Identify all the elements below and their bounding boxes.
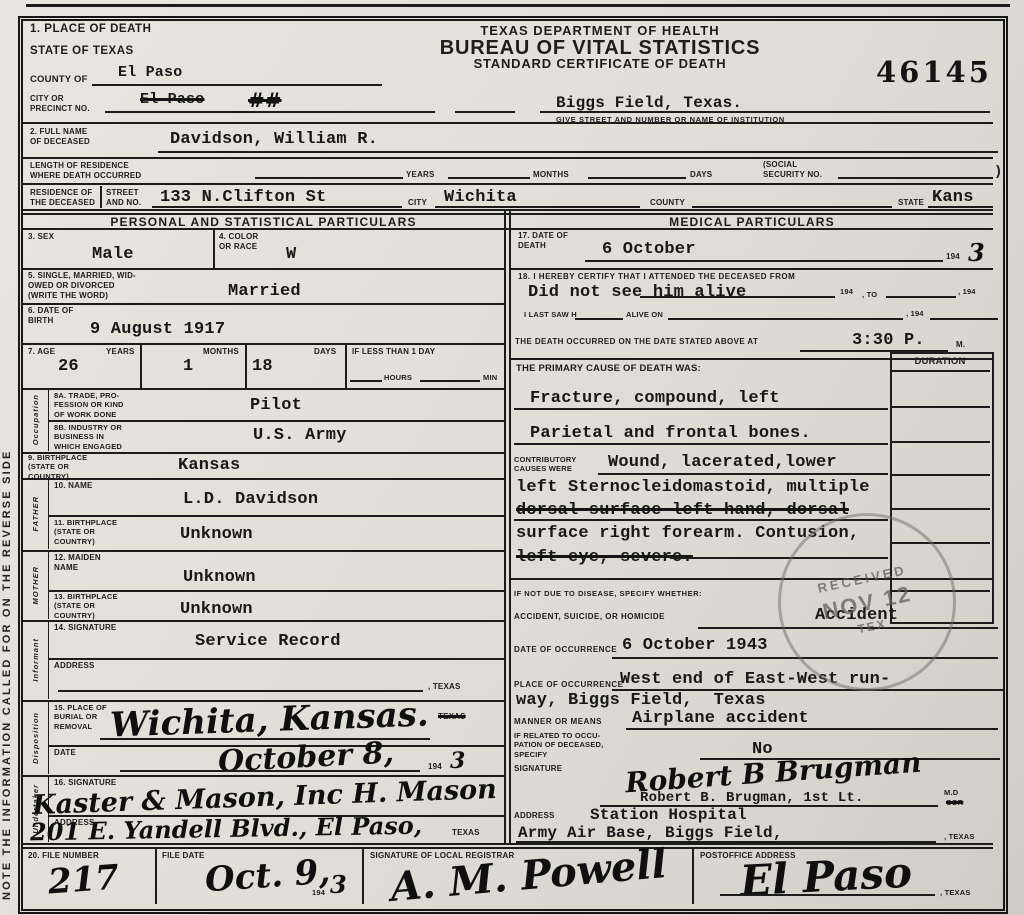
fill	[435, 206, 640, 208]
column-divider	[504, 211, 506, 843]
burial-date-label: DATE	[54, 748, 76, 758]
postoffice-value: El Paso	[739, 848, 913, 906]
occurrence-place-line1: West end of East-West run-	[620, 670, 890, 689]
ssn-label: (SOCIAL SECURITY NO.	[763, 160, 822, 180]
occurrence-date-value: 6 October 1943	[622, 636, 768, 655]
fill	[514, 519, 888, 521]
county-label: COUNTY OF	[30, 74, 88, 86]
occurrence-date-label: DATE OF OCCURRENCE	[514, 645, 617, 655]
side-label-father: FATHER	[31, 496, 40, 531]
birthplace-value: Kansas	[178, 456, 240, 475]
age-hours-label: HOURS	[384, 373, 412, 382]
rule	[23, 183, 993, 185]
trade-value: Pilot	[250, 396, 302, 415]
cell-divider	[140, 343, 142, 388]
rule	[23, 343, 504, 345]
certify-year2: , 194	[958, 287, 976, 296]
rule	[23, 478, 504, 480]
certify-year1: 194	[840, 287, 853, 296]
age-years-value: 26	[58, 357, 79, 376]
cell-divider	[213, 228, 215, 268]
burial-date-year-pre: 194	[428, 762, 442, 772]
fill	[698, 627, 998, 629]
rule	[48, 658, 504, 660]
cell-divider	[155, 847, 157, 904]
rule	[23, 268, 504, 270]
rule	[23, 388, 504, 390]
fill	[58, 690, 423, 692]
res-county-label: COUNTY	[650, 198, 685, 208]
res-city-value: Wichita	[444, 188, 517, 207]
industry-label: 8B. INDUSTRY OR BUSINESS IN WHICH ENGAGE…	[54, 423, 122, 451]
margin-note: NOTE THE INFORMATION CALLED FOR ON THE R…	[1, 120, 13, 900]
file-number-value: 217	[47, 858, 121, 903]
rule	[23, 452, 504, 454]
occurrence-place-line2: way, Biggs Field, Texas	[516, 691, 766, 710]
accident-suicide-label: ACCIDENT, SUICIDE, OR HOMICIDE	[514, 612, 665, 622]
informant-address-texas: , TEXAS	[428, 682, 461, 692]
mother-birthplace-value: Unknown	[180, 600, 253, 619]
fill	[575, 318, 623, 320]
physician-signature-label: SIGNATURE	[514, 764, 562, 774]
fill	[626, 728, 998, 730]
fill	[514, 408, 888, 410]
fill	[448, 177, 530, 179]
alive-on-label: ALIVE ON	[626, 310, 663, 319]
father-birthplace-value: Unknown	[180, 525, 253, 544]
rule	[23, 303, 504, 305]
county-fill-line	[92, 84, 382, 86]
physician-address-label: ADDRESS	[514, 811, 555, 821]
sex-value: Male	[92, 245, 134, 264]
res-city-label: CITY	[408, 198, 427, 208]
fill	[588, 177, 686, 179]
death-time-label: THE DEATH OCCURRED ON THE DATE STATED AB…	[515, 337, 758, 347]
maiden-name-value: Unknown	[183, 568, 256, 587]
side-label-mother: MOTHER	[31, 566, 40, 605]
cause-line2: Parietal and frontal bones.	[530, 424, 811, 443]
rule	[890, 441, 990, 443]
death-year-value: 3	[968, 238, 985, 267]
cell-divider	[245, 343, 247, 388]
fill	[120, 770, 420, 772]
fill	[255, 177, 403, 179]
age-months-value: 1	[183, 357, 193, 376]
days-label: DAYS	[690, 170, 712, 180]
certify-statement: 18. I HEREBY CERTIFY THAT I ATTENDED THE…	[518, 272, 795, 282]
months-label: MONTHS	[533, 170, 569, 180]
res-state-value: Kans	[932, 188, 974, 207]
fill	[612, 657, 998, 659]
cell-divider	[692, 847, 694, 904]
age-days-label: DAYS	[314, 347, 336, 357]
accident-value: Accident	[815, 606, 898, 625]
death-date-value: 6 October	[602, 240, 696, 259]
county-value: El Paso	[118, 64, 182, 81]
duration-box	[890, 352, 994, 624]
primary-cause-label: THE PRIMARY CAUSE OF DEATH WAS:	[516, 363, 701, 375]
top-edge-rule	[26, 4, 1010, 7]
occurrence-place-label: PLACE OF OCCURRENCE	[514, 680, 624, 690]
personal-section-title: PERSONAL AND STATISTICAL PARTICULARS	[23, 215, 504, 230]
cert-title: STANDARD CERTIFICATE OF DEATH	[360, 56, 840, 72]
manner-label: MANNER OR MEANS	[514, 717, 602, 727]
rule	[890, 542, 990, 544]
trade-label: 8A. TRADE, PRO- FESSION OR KIND OF WORK …	[54, 391, 124, 419]
informant-signature-value: Service Record	[195, 632, 341, 651]
contributory-line3-struck: dorsal surface left hand, dorsal	[516, 501, 849, 520]
full-name-fill-line	[158, 151, 998, 153]
medical-section-title: MEDICAL PARTICULARS	[511, 215, 993, 230]
rule	[511, 268, 993, 270]
physician-address-line1: Station Hospital	[590, 806, 747, 824]
rule	[23, 209, 993, 211]
fill	[886, 296, 956, 298]
fill	[928, 206, 993, 208]
death-time-value: 3:30 P.	[852, 331, 925, 350]
residence-length-label: LENGTH OF RESIDENCE WHERE DEATH OCCURRED	[30, 161, 141, 181]
institution-hint: GIVE STREET AND NUMBER OR NAME OF INSTIT…	[556, 115, 785, 124]
age-days-value: 18	[252, 357, 273, 376]
rule	[890, 474, 990, 476]
rule	[23, 847, 993, 849]
informant-address-label: ADDRESS	[54, 661, 95, 671]
md-label: M.D	[944, 788, 958, 797]
fill	[514, 443, 888, 445]
contributory-line5-struck: left eye, severe.	[516, 548, 693, 567]
physician-address-texas: , TEXAS	[944, 832, 975, 841]
side-label-informant: Informant	[31, 638, 40, 682]
city-precinct-label: CITY OR PRECINCT NO.	[30, 94, 90, 114]
cell-divider	[345, 343, 347, 388]
side-strip-informant: Informant	[23, 621, 49, 699]
last-saw-year: , 194	[906, 309, 924, 318]
age-months-label: MONTHS	[203, 347, 239, 357]
fill	[930, 318, 998, 320]
fill	[585, 260, 943, 262]
mini-divider	[100, 186, 102, 208]
burial-texas-struck: TEXAS	[438, 712, 466, 722]
not-seen-value: Did not see him alive	[528, 283, 746, 302]
contributory-line4: surface right forearm. Contusion,	[516, 524, 859, 543]
contributory-line2: left Sternocleidomastoid, multiple	[516, 478, 870, 497]
column-divider	[509, 211, 511, 843]
fill	[800, 350, 948, 352]
years-label: YEARS	[406, 170, 435, 180]
state-of-texas-label: STATE OF TEXAS	[30, 44, 134, 58]
last-saw-label: I LAST SAW H	[524, 310, 577, 319]
burial-label: 15. PLACE OF BURIAL OR REMOVAL	[54, 703, 107, 731]
informant-signature-label: 14. SIGNATURE	[54, 623, 116, 633]
ssn-close-paren: )	[996, 162, 1001, 180]
duration-label: DURATION	[890, 356, 990, 368]
city-precinct-value-struck-2: ##	[248, 88, 282, 112]
birth-date-value: 9 August 1917	[90, 320, 225, 339]
place-of-death-label: 1. PLACE OF DEATH	[30, 22, 151, 36]
city-fill-line	[105, 111, 435, 113]
side-label-occupation: Occupation	[31, 394, 40, 445]
street-value: 133 N.Clifton St	[160, 188, 326, 207]
full-name-value: Davidson, William R.	[170, 130, 378, 149]
file-date-label: FILE DATE	[162, 851, 205, 861]
city-fill-line-2	[455, 111, 515, 113]
fill	[598, 473, 888, 475]
institution-value: Biggs Field, Texas.	[556, 94, 742, 112]
file-date-year-pre: 194	[312, 888, 325, 897]
race-value: W	[286, 245, 296, 264]
file-date-year: 3	[330, 870, 347, 899]
cor-label: COR	[946, 798, 963, 807]
birthplace-label: 9. BIRTHPLACE (STATE OR COUNTRY)	[28, 453, 87, 481]
residence-of-label: RESIDENCE OF THE DECEASED	[30, 188, 95, 208]
fill	[838, 177, 993, 179]
side-strip-occupation: Occupation	[23, 389, 49, 451]
res-state-label: STATE	[898, 198, 924, 208]
mother-birthplace-label: 13. BIRTHPLACE (STATE OR COUNTRY)	[54, 592, 118, 620]
rule	[23, 122, 993, 124]
rule	[890, 508, 990, 510]
fill	[516, 841, 936, 843]
occupation-related-label: IF RELATED TO OCCU- PATION OF DECEASED, …	[514, 731, 603, 759]
age-less-than-day-label: IF LESS THAN 1 DAY	[352, 347, 435, 357]
birth-date-label: 6. DATE OF BIRTH	[28, 306, 73, 326]
race-label: 4. COLOR OR RACE	[219, 232, 258, 252]
physician-typed-name: Robert B. Brugman, 1st Lt.	[640, 790, 864, 806]
death-time-m-label: M.	[956, 340, 965, 350]
maiden-name-label: 12. MAIDEN NAME	[54, 553, 101, 573]
fill	[420, 380, 480, 382]
side-strip-father: FATHER	[23, 479, 49, 549]
rule	[890, 590, 990, 592]
contributory-line1: Wound, lacerated,lower	[608, 453, 837, 472]
rule	[23, 550, 504, 552]
death-date-label: 17. DATE OF DEATH	[518, 231, 568, 251]
city-precinct-value-struck: El Paso	[140, 91, 204, 108]
cell-divider	[362, 847, 364, 904]
side-strip-disposition: Disposition	[23, 702, 49, 774]
fill	[350, 380, 382, 382]
fill	[152, 206, 402, 208]
death-year-pre: 194	[946, 252, 960, 262]
rule	[890, 406, 990, 408]
marital-value: Married	[228, 282, 301, 301]
postoffice-texas: , TEXAS	[940, 888, 971, 897]
certify-to: , TO	[862, 290, 877, 299]
age-label: 7. AGE	[28, 347, 55, 357]
full-name-label: 2. FULL NAME OF DECEASED	[30, 127, 90, 147]
institution-fill-line	[540, 111, 990, 113]
certificate-number: 46145	[876, 55, 992, 89]
undertaker-address-texas: TEXAS	[452, 828, 480, 838]
strike-extension	[670, 557, 888, 559]
father-birthplace-label: 11. BIRTHPLACE (STATE OR COUNTRY)	[54, 518, 117, 546]
manner-value: Airplane accident	[632, 709, 809, 728]
side-strip-mother: MOTHER	[23, 551, 49, 619]
fill	[720, 894, 935, 896]
contributory-label: CONTRIBUTORY CAUSES WERE	[514, 455, 576, 474]
marital-label: 5. SINGLE, MARRIED, WID- OWED OR DIVORCE…	[28, 271, 136, 301]
rule	[48, 515, 504, 517]
age-years-label: YEARS	[106, 347, 135, 357]
side-label-disposition: Disposition	[31, 712, 40, 764]
fill	[668, 318, 903, 320]
burial-date-year: 3	[450, 748, 465, 774]
death-certificate-scan: NOTE THE INFORMATION CALLED FOR ON THE R…	[0, 0, 1024, 915]
rule	[890, 370, 990, 372]
father-name-value: L.D. Davidson	[183, 490, 318, 509]
fill	[692, 206, 892, 208]
rule	[48, 420, 504, 422]
rule	[23, 157, 993, 159]
father-name-label: 10. NAME	[54, 481, 93, 491]
rule	[23, 620, 504, 622]
street-label: STREET AND NO.	[106, 188, 141, 208]
not-disease-label: IF NOT DUE TO DISEASE, SPECIFY WHETHER:	[514, 589, 702, 598]
physician-address-line2: Army Air Base, Biggs Field,	[518, 824, 783, 842]
age-min-label: MIN	[483, 373, 497, 382]
industry-value: U.S. Army	[253, 426, 347, 445]
cause-line1: Fracture, compound, left	[530, 389, 780, 408]
sex-label: 3. SEX	[28, 232, 54, 242]
